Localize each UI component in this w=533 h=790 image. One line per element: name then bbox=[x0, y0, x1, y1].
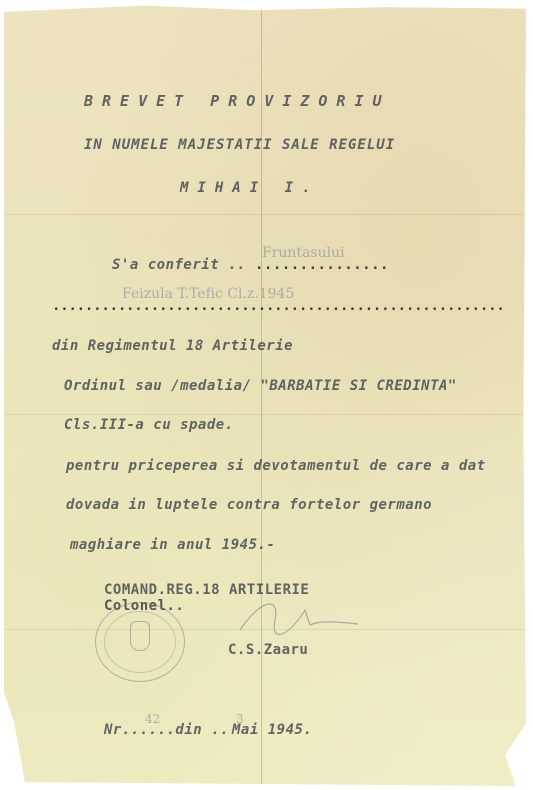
vertical-fold-crease bbox=[261, 4, 262, 786]
class-line: Cls.III-a cu spade. bbox=[64, 417, 234, 433]
document-title: BREVET PROVIZORIU bbox=[84, 92, 391, 110]
conferred-label: S'a conferit .. bbox=[112, 257, 246, 273]
order-line: Ordinul sau /medalia/ "BARBATIE SI CREDI… bbox=[64, 378, 457, 394]
horizontal-fold-crease bbox=[4, 414, 526, 415]
king-name: MIHAI I. bbox=[180, 180, 319, 196]
reason-line-3: maghiare in anul 1945.- bbox=[70, 537, 275, 553]
regiment-line: din Regimentul 18 Artilerie bbox=[52, 338, 293, 354]
date-month-year: Mai 1945. bbox=[232, 722, 312, 738]
signature bbox=[220, 590, 360, 640]
reason-line-2: dovada in luptele contra fortelor german… bbox=[66, 497, 432, 513]
recipient-dots: ........................................… bbox=[52, 298, 505, 314]
reason-line-1: pentru priceperea si devotamentul de car… bbox=[66, 458, 486, 474]
signatory-name: C.S.Zaaru bbox=[228, 642, 308, 658]
horizontal-fold-crease bbox=[4, 214, 526, 215]
conferred-dots: ............... bbox=[255, 257, 389, 273]
coat-of-arms-icon bbox=[130, 621, 150, 651]
document-subtitle: IN NUMELE MAJESTATII SALE REGELUI bbox=[84, 137, 395, 153]
regiment-stamp bbox=[95, 602, 185, 682]
document-paper bbox=[4, 4, 526, 786]
number-and-date-prefix: Nr......din .. bbox=[104, 722, 229, 738]
